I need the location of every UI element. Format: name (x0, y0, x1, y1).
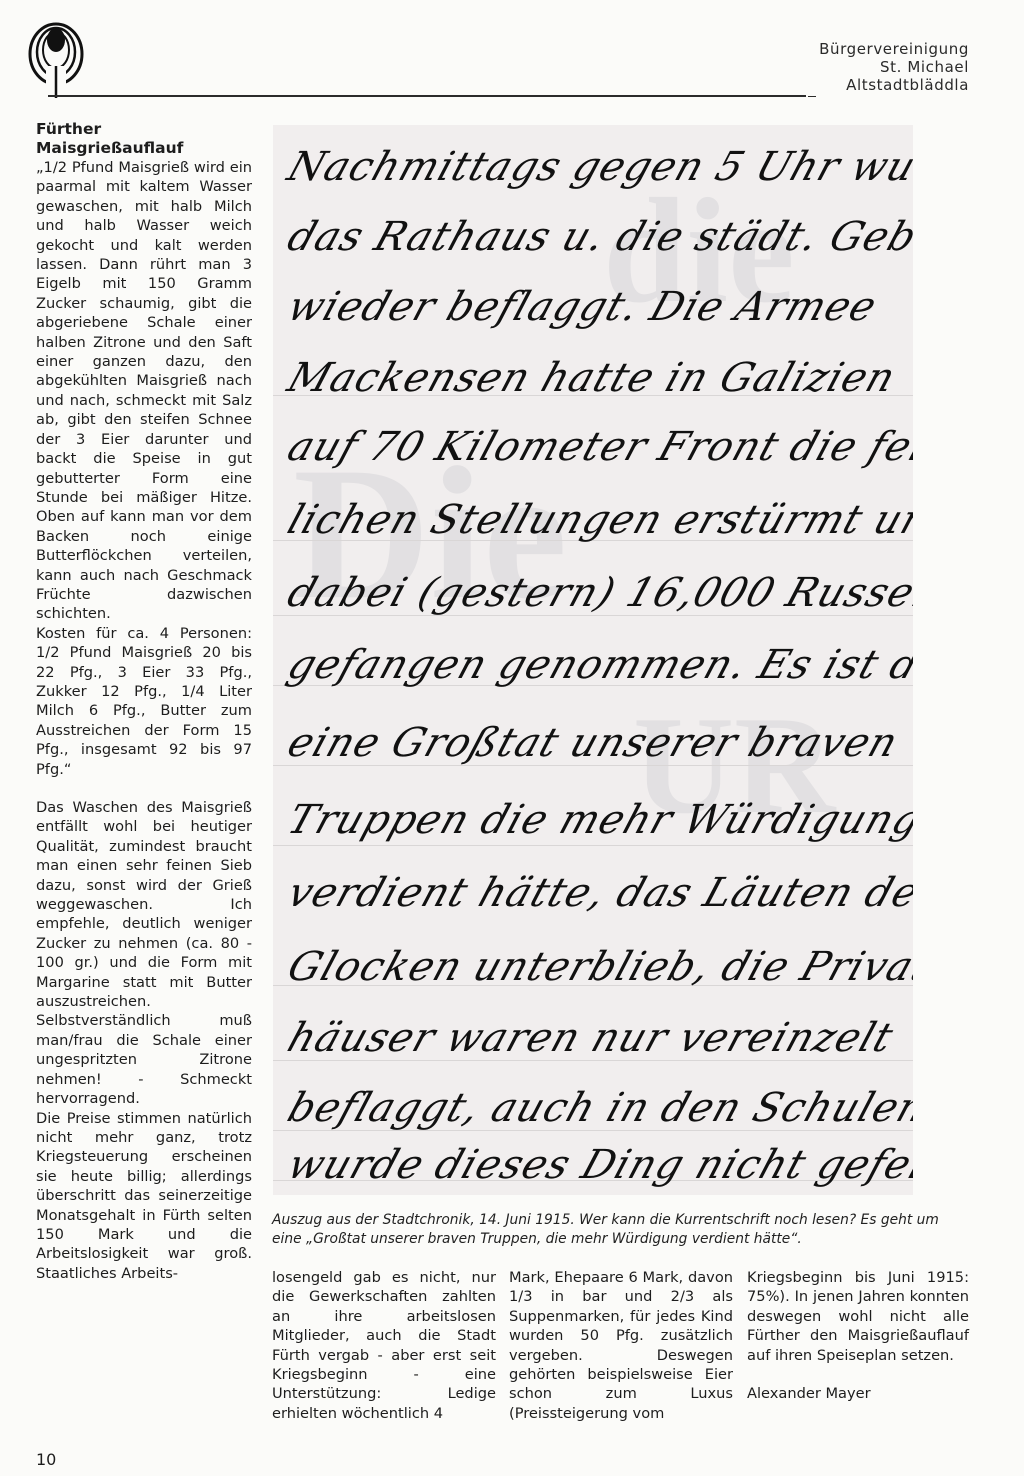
handwriting-line: Truppen die mehr Würdigung (283, 800, 913, 840)
page-number: 10 (36, 1450, 56, 1469)
history-text-start: Die Preise stimmen natürlich nicht mehr … (36, 1109, 252, 1284)
handwriting-line: Nachmittags gegen 5 Uhr wurde (283, 147, 913, 187)
article-column-1: Fürther Maisgrießauflauf „1/2 Pfund Mais… (36, 120, 252, 1283)
recipe-costs: Kosten für ca. 4 Personen: 1/2 Pfund Mai… (36, 624, 252, 779)
masthead-district: St. Michael (819, 58, 969, 76)
handwriting-line: lichen Stellungen erstürmt und (283, 500, 913, 540)
chronicle-scan-image: die Die UR Nachmittags gegen 5 Uhr wurde… (273, 125, 913, 1195)
article-column-4: Kriegsbeginn bis Juni 1915: 75%). In jen… (747, 1268, 969, 1403)
handwriting-line: eine Großtat unserer braven (283, 723, 913, 763)
masthead: Bürgervereinigung St. Michael Altstadtbl… (819, 40, 969, 94)
handwriting-line: wurde dieses Ding nicht gefeiert. (283, 1145, 913, 1185)
article-column-3: Mark, Ehepaare 6 Mark, davon 1/3 in bar … (509, 1268, 733, 1423)
handwriting-line: Mackensen hatte in Galizien (283, 358, 913, 398)
recipe-text: „1/2 Pfund Maisgrieß wird ein paarmal mi… (36, 158, 252, 624)
figure-caption: Auszug aus der Stadtchronik, 14. Juni 19… (272, 1211, 972, 1249)
handwriting-line: verdient hätte, das Läuten der (283, 873, 913, 913)
history-text-end: Kriegsbeginn bis Juni 1915: 75%). In jen… (747, 1268, 969, 1365)
header-rule-end (808, 96, 816, 97)
handwriting-line: auf 70 Kilometer Front die feind- (283, 427, 913, 467)
author-name: Alexander Mayer (747, 1384, 969, 1403)
handwriting-line: häuser waren nur vereinzelt (283, 1018, 913, 1058)
article-title: Fürther Maisgrießauflauf (36, 120, 252, 158)
handwriting-line: Glocken unterblieb, die Privat- (283, 947, 913, 987)
masthead-publication: Altstadtbläddla (819, 76, 969, 94)
masthead-org: Bürgervereinigung (819, 40, 969, 58)
header-rule (48, 95, 806, 97)
handwriting-line: das Rathaus u. die städt. Gebäude (283, 217, 913, 257)
handwriting-line: wieder beflaggt. Die Armee (283, 287, 913, 327)
article-column-2: losengeld gab es nicht, nur die Gewerksc… (272, 1268, 496, 1423)
history-text: losengeld gab es nicht, nur die Gewerksc… (272, 1268, 496, 1423)
handwriting-line: beflaggt, auch in den Schulen (283, 1088, 913, 1128)
tree-emblem-icon (26, 20, 98, 100)
handwriting-line: dabei (gestern) 16,000 Russen (283, 573, 913, 613)
handwriting-line: gefangen genommen. Es ist dies (283, 645, 913, 685)
author-comment: Das Waschen des Maisgrieß entfällt wohl … (36, 798, 252, 1109)
history-text: Mark, Ehepaare 6 Mark, davon 1/3 in bar … (509, 1268, 733, 1423)
